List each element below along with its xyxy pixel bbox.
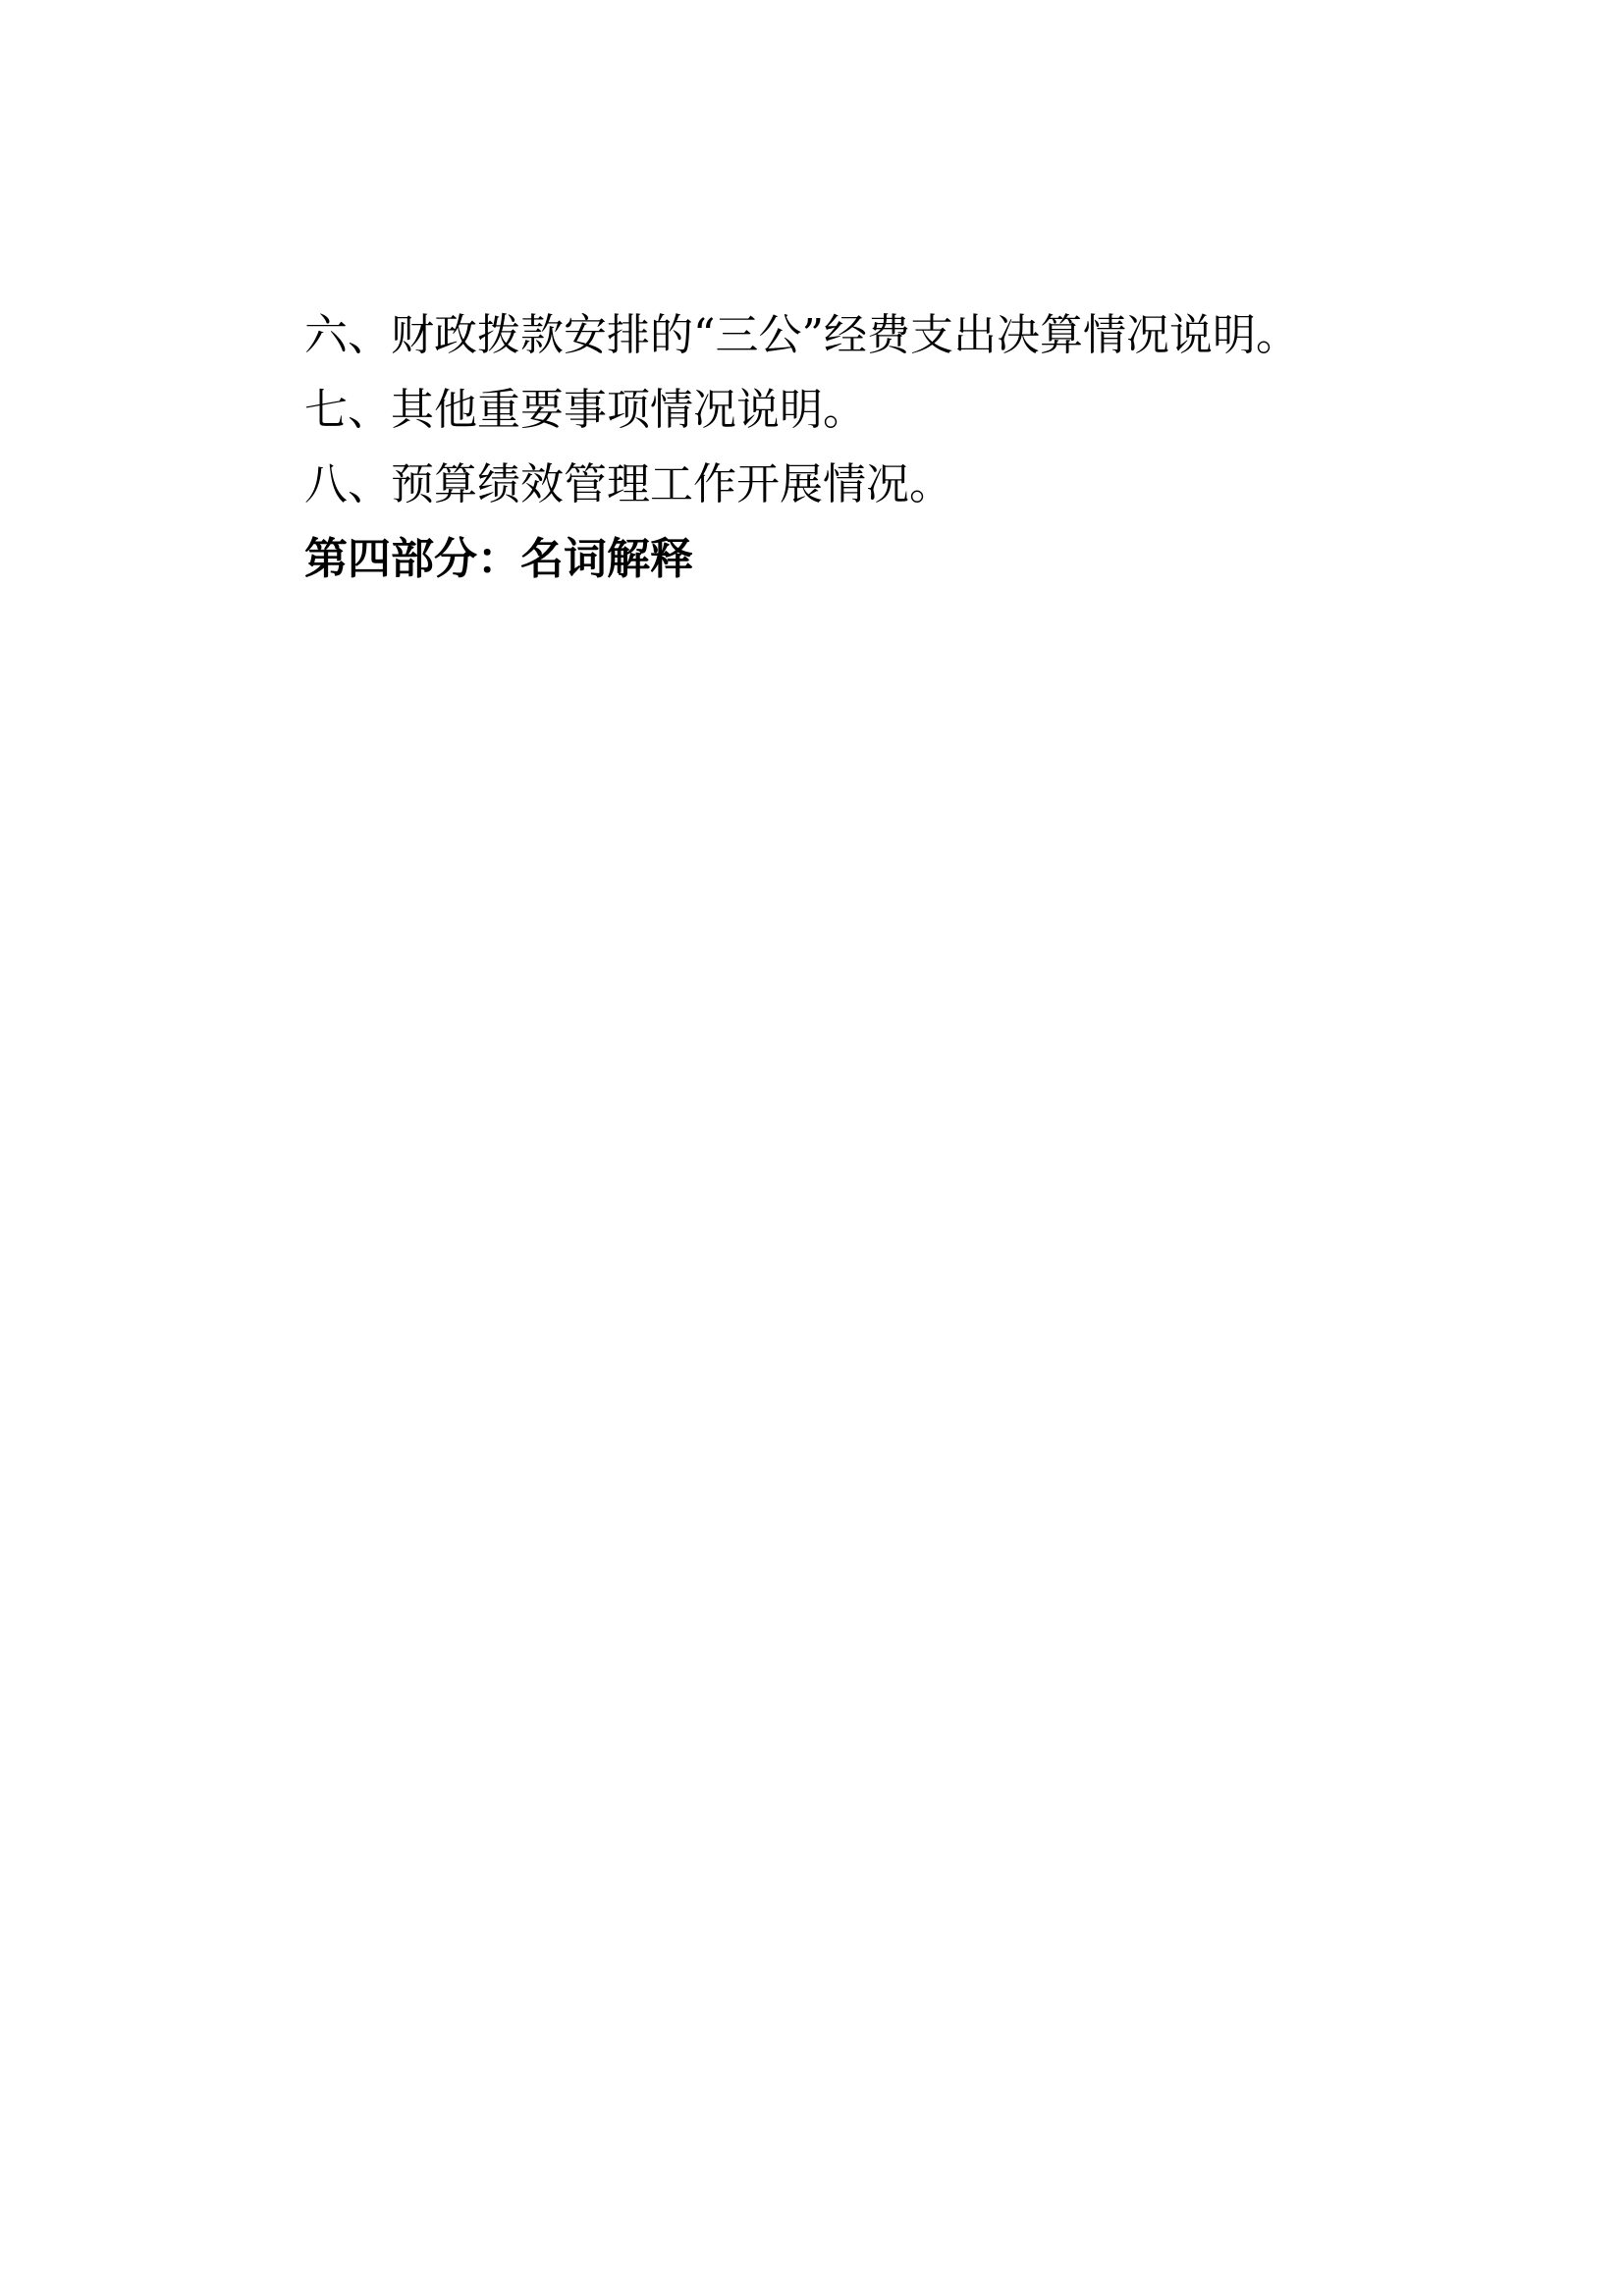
toc-line-item-7: 七、其他重要事项情况说明。: [304, 373, 1404, 448]
text-block: 六、财政拨款安排的“三公”经费支出决算情况说明。 七、其他重要事项情况说明。 八…: [304, 298, 1404, 597]
document-page: 六、财政拨款安排的“三公”经费支出决算情况说明。 七、其他重要事项情况说明。 八…: [0, 0, 1624, 2296]
toc-line-item-6: 六、财政拨款安排的“三公”经费支出决算情况说明。: [304, 298, 1404, 373]
section-heading-part-four: 第四部分：名词解释: [304, 522, 1404, 597]
toc-line-item-8: 八、预算绩效管理工作开展情况。: [304, 448, 1404, 522]
